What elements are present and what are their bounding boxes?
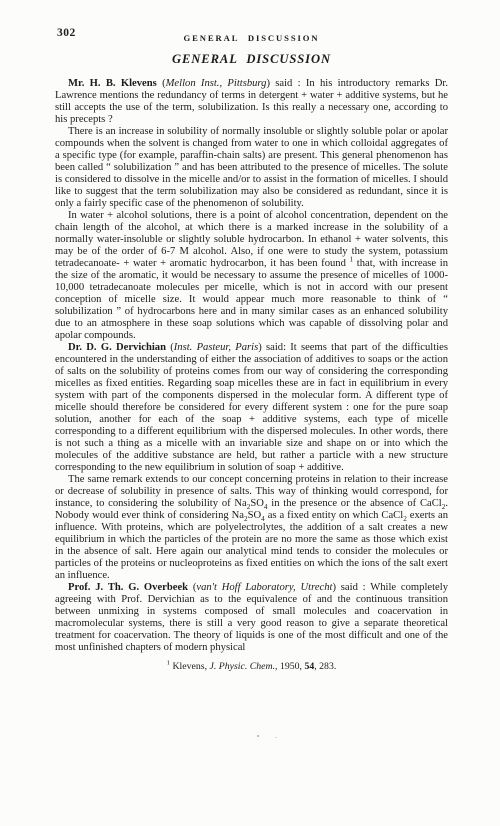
journal-page: 302 GENERAL DISCUSSION GENERAL DISCUSSIO… [0,0,500,826]
text-run: J. Physic. Chem., [209,661,277,672]
section-title: GENERAL DISCUSSION [55,52,448,67]
paragraph: In water + alcohol solutions, there is a… [55,210,448,342]
text-column: Mr. H. B. Klevens (Mellon Inst., Pittsbu… [55,78,448,673]
text-run: SO [250,498,264,509]
running-head: GENERAL DISCUSSION [184,33,320,43]
scan-speck [275,737,277,738]
text-run: Klevens, [170,661,209,672]
text-run: ) said: It seems that part of the diffic… [55,342,448,473]
text-run: Mr. H. B. Klevens [68,78,162,89]
discussion-body: Mr. H. B. Klevens (Mellon Inst., Pittsbu… [55,78,448,654]
text-run: , 283. [314,661,336,672]
paragraph: The same remark extends to our concept c… [55,474,448,582]
scan-speck [257,735,259,737]
text-run: Inst. Pasteur, Paris [174,342,258,353]
paragraph: Prof. J. Th. G. Overbeek (van't Hoff Lab… [55,582,448,654]
text-run: Prof. J. Th. G. Overbeek [68,582,193,593]
text-run: van't Hoff Laboratory, Utrecht [196,582,332,593]
paragraph: Dr. D. G. Dervichian (Inst. Pasteur, Par… [55,342,448,474]
text-run: Dr. D. G. Dervichian [68,342,170,353]
text-run: that, with increase in the size of the a… [55,258,448,341]
text-run: There is an increase in solubility of no… [55,126,448,209]
text-run: 1950, [278,661,305,672]
text-run: SO [248,510,262,521]
text-run: as a fixed entity on which CaCl [265,510,403,521]
text-run: Mellon Inst., Pittsburg [166,78,267,89]
text-run: 54 [304,661,314,672]
text-run: in the presence or the absence of CaCl [268,498,442,509]
paragraph: There is an increase in solubility of no… [55,126,448,210]
footnote: 1 Klevens, J. Physic. Chem., 1950, 54, 2… [55,661,448,673]
page-number: 302 [57,27,76,39]
page-header: 302 GENERAL DISCUSSION [55,28,448,46]
paragraph: Mr. H. B. Klevens (Mellon Inst., Pittsbu… [55,78,448,126]
